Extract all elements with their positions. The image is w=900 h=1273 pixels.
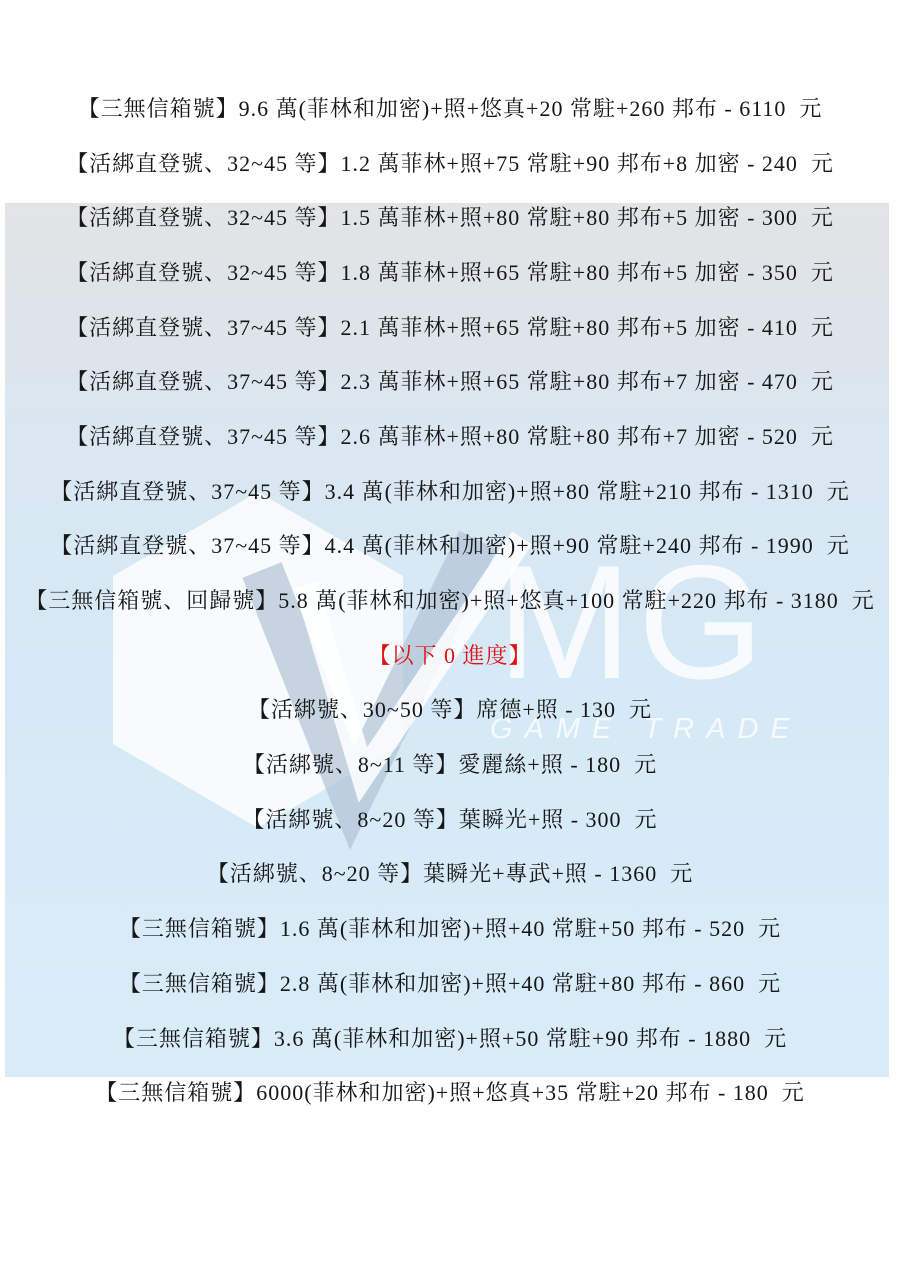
price-line: 【三無信箱號】9.6 萬(菲林和加密)+照+悠真+20 常駐+260 邦布 - … [0, 80, 900, 135]
price-line: 【活綁直登號、32~45 等】1.2 萬菲林+照+75 常駐+90 邦布+8 加… [0, 135, 900, 190]
price-line: 【三無信箱號】3.6 萬(菲林和加密)+照+50 常駐+90 邦布 - 1880… [0, 1010, 900, 1065]
price-line: 【三無信箱號】1.6 萬(菲林和加密)+照+40 常駐+50 邦布 - 520 … [0, 900, 900, 955]
price-line: 【活綁直登號、37~45 等】3.4 萬(菲林和加密)+照+80 常駐+210 … [0, 463, 900, 518]
price-line: 【活綁直登號、37~45 等】2.6 萬菲林+照+80 常駐+80 邦布+7 加… [0, 408, 900, 463]
price-line: 【活綁號、30~50 等】席德+照 - 130 元 [0, 682, 900, 737]
price-list: 【三無信箱號】9.6 萬(菲林和加密)+照+悠真+20 常駐+260 邦布 - … [0, 80, 900, 1119]
price-line: 【活綁號、8~20 等】葉瞬光+專武+照 - 1360 元 [0, 846, 900, 901]
price-line: 【活綁直登號、37~45 等】2.1 萬菲林+照+65 常駐+80 邦布+5 加… [0, 299, 900, 354]
price-line: 【活綁號、8~20 等】葉瞬光+照 - 300 元 [0, 791, 900, 846]
price-line: 【三無信箱號、回歸號】5.8 萬(菲林和加密)+照+悠真+100 常駐+220 … [0, 572, 900, 627]
price-line: 【三無信箱號】2.8 萬(菲林和加密)+照+40 常駐+80 邦布 - 860 … [0, 955, 900, 1010]
price-line: 【活綁號、8~11 等】愛麗絲+照 - 180 元 [0, 736, 900, 791]
price-line: 【活綁直登號、37~45 等】4.4 萬(菲林和加密)+照+90 常駐+240 … [0, 518, 900, 573]
price-line: 【三無信箱號】6000(菲林和加密)+照+悠真+35 常駐+20 邦布 - 18… [0, 1064, 900, 1119]
zero-progress-heading: 【以下 0 進度】 [0, 627, 900, 682]
price-line: 【活綁直登號、37~45 等】2.3 萬菲林+照+65 常駐+80 邦布+7 加… [0, 353, 900, 408]
price-line: 【活綁直登號、32~45 等】1.8 萬菲林+照+65 常駐+80 邦布+5 加… [0, 244, 900, 299]
price-line: 【活綁直登號、32~45 等】1.5 萬菲林+照+80 常駐+80 邦布+5 加… [0, 189, 900, 244]
